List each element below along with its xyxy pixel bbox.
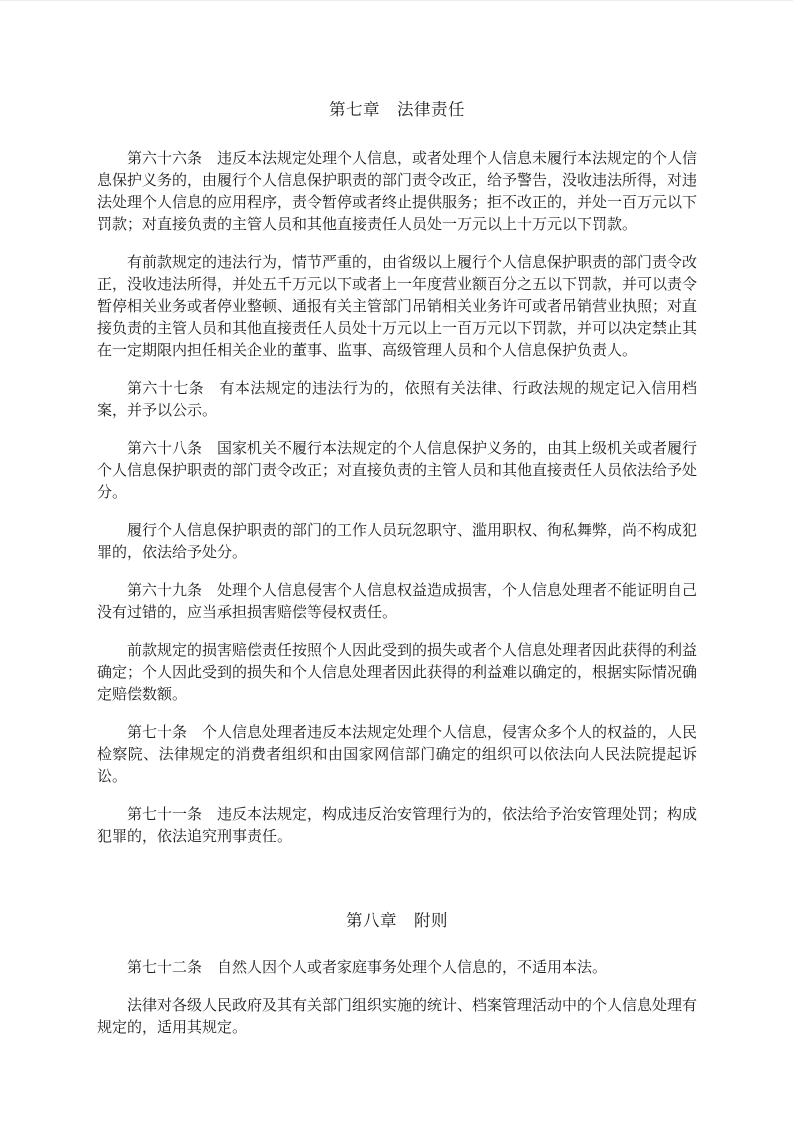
- chapter-8-heading: 第八章 附则: [97, 912, 697, 929]
- article-71-paragraph: 第七十一条 违反本法规定，构成违反治安管理行为的，依法给予治安管理处罚；构成犯罪…: [97, 804, 697, 848]
- article-68-staff-paragraph: 履行个人信息保护职责的部门的工作人员玩忽职守、滥用职权、徇私舞弊，尚不构成犯罪的…: [97, 520, 697, 564]
- article-66-paragraph: 第六十六条 违反本法规定处理个人信息，或者处理个人信息未履行本法规定的个人信息保…: [97, 148, 697, 236]
- article-67-paragraph: 第六十七条 有本法规定的违法行为的，依照有关法律、行政法规的规定记入信用档案，并…: [97, 378, 697, 422]
- article-68-paragraph: 第六十八条 国家机关不履行本法规定的个人信息保护义务的，由其上级机关或者履行个人…: [97, 438, 697, 504]
- article-70-paragraph: 第七十条 个人信息处理者违反本法规定处理个人信息，侵害众多个人的权益的，人民检察…: [97, 722, 697, 788]
- document-content: 第七章 法律责任 第六十六条 违反本法规定处理个人信息，或者处理个人信息未履行本…: [97, 1, 697, 1055]
- article-69-paragraph: 第六十九条 处理个人信息侵害个人信息权益造成损害，个人信息处理者不能证明自己没有…: [97, 580, 697, 624]
- chapter-7-heading: 第七章 法律责任: [97, 101, 697, 118]
- article-69-compensation-paragraph: 前款规定的损害赔偿责任按照个人因此受到的损失或者个人信息处理者因此获得的利益确定…: [97, 640, 697, 706]
- document-page: 第七章 法律责任 第六十六条 违反本法规定处理个人信息，或者处理个人信息未履行本…: [0, 0, 793, 1123]
- article-72-statistics-paragraph: 法律对各级人民政府及其有关部门组织实施的统计、档案管理活动中的个人信息处理有规定…: [97, 995, 697, 1039]
- article-72-paragraph: 第七十二条 自然人因个人或者家庭事务处理个人信息的，不适用本法。: [97, 957, 697, 979]
- article-66-aggravated-paragraph: 有前款规定的违法行为，情节严重的，由省级以上履行个人信息保护职责的部门责令改正，…: [97, 252, 697, 362]
